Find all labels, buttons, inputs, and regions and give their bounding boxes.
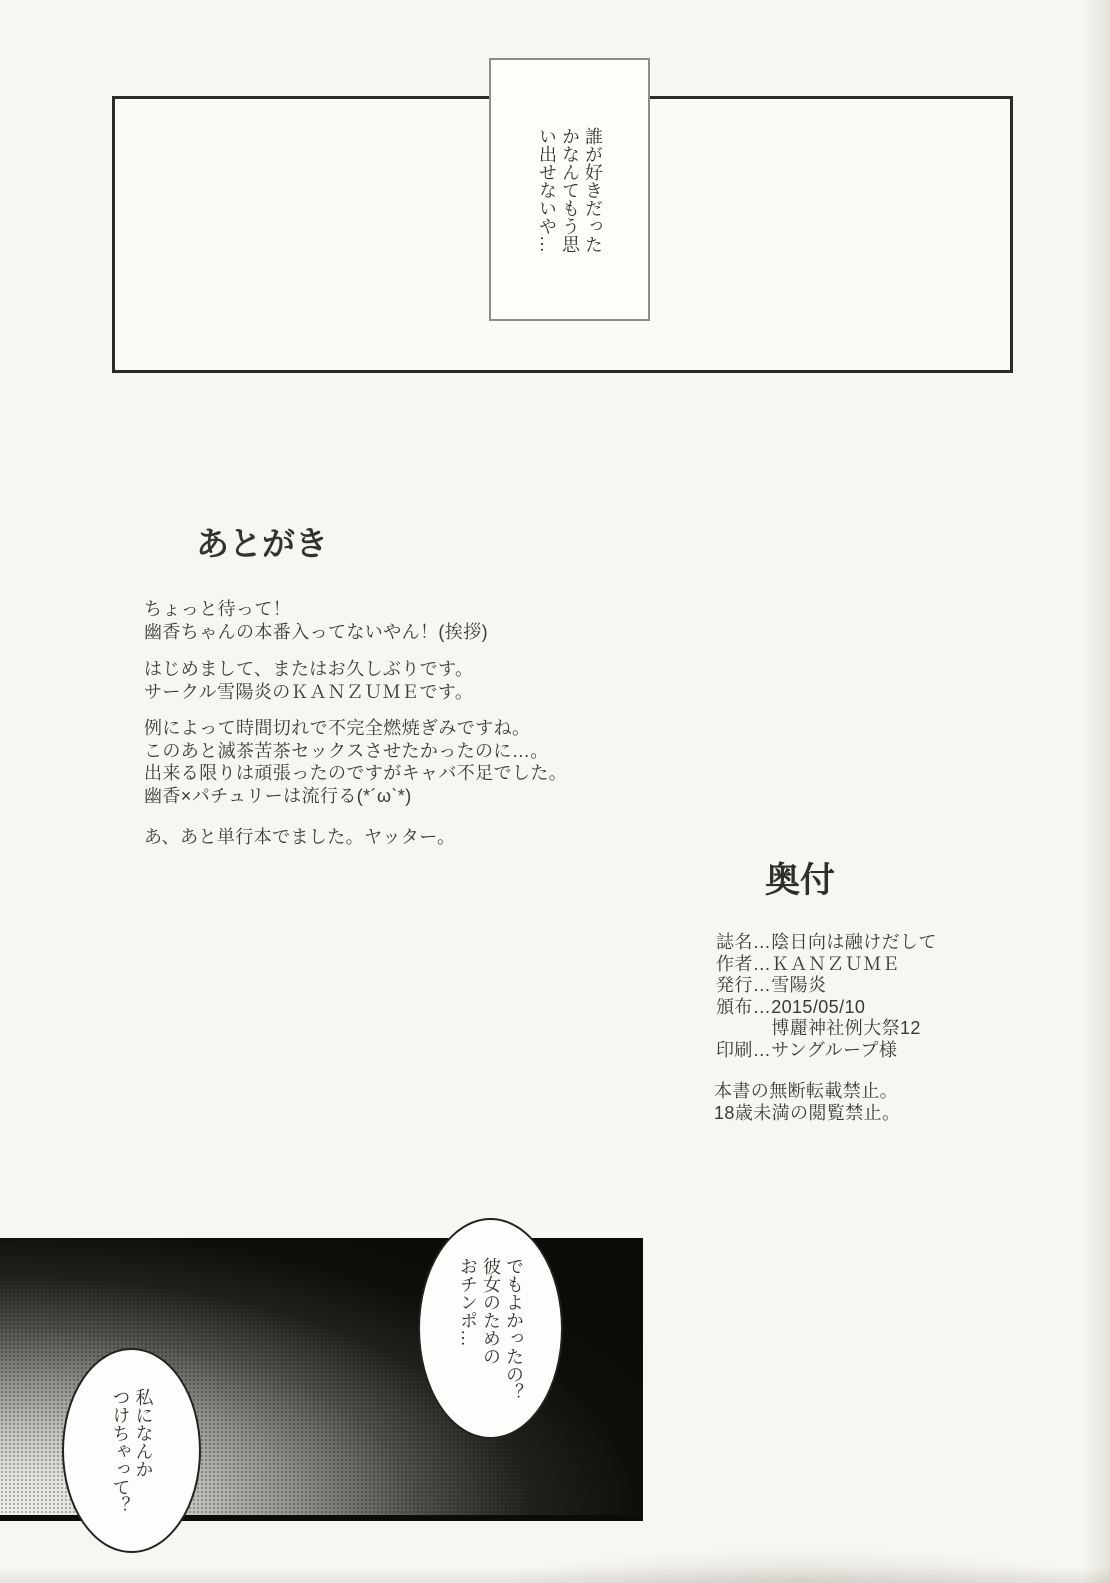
afterword-paragraph: 例によって時間切れで不完全燃焼ぎみですね。 このあと滅茶苦茶セックスさせたかった… xyxy=(144,717,567,808)
narration-box: 誰が好きだった かなんてもう思 い出せないや… xyxy=(489,58,650,321)
speech-bubble-right-text: でもよかったの？ 彼女のための おチンポ… xyxy=(456,1257,525,1401)
colophon-heading: 奥付 xyxy=(765,853,835,903)
speech-bubble-right: でもよかったの？ 彼女のための おチンポ… xyxy=(418,1218,563,1439)
afterword-paragraph: あ、あと単行本でました。ヤッター。 xyxy=(144,826,567,849)
colophon-notice: 本書の無断転載禁止。 18歳未満の閲覧禁止。 xyxy=(714,1081,900,1124)
afterword-paragraph: はじめまして、またはお久しぶりです。 サークル雪陽炎のＫＡＮＺＵＭＥです。 xyxy=(144,658,567,703)
afterword-heading: あとがき xyxy=(196,518,328,565)
narration-text: 誰が好きだった かなんてもう思 い出せないや… xyxy=(535,127,604,253)
afterword-body: ちょっと待って！ 幽香ちゃんの本番入ってないやん！(挨拶) はじめまして、または… xyxy=(144,598,567,848)
speech-bubble-left: 私になんか つけちゃって？ xyxy=(62,1348,201,1553)
doujinshi-afterword-page: 誰が好きだった かなんてもう思 い出せないや… あとがき ちょっと待って！ 幽香… xyxy=(0,0,1110,1583)
speech-bubble-left-text: 私になんか つけちゃって？ xyxy=(109,1388,155,1514)
afterword-paragraph: ちょっと待って！ 幽香ちゃんの本番入ってないやん！(挨拶) xyxy=(144,598,567,643)
colophon-details: 誌名…陰日向は融けだして 作者…ＫＡＮＺＵＭＥ 発行…雪陽炎 頒布…2015/0… xyxy=(716,932,937,1062)
